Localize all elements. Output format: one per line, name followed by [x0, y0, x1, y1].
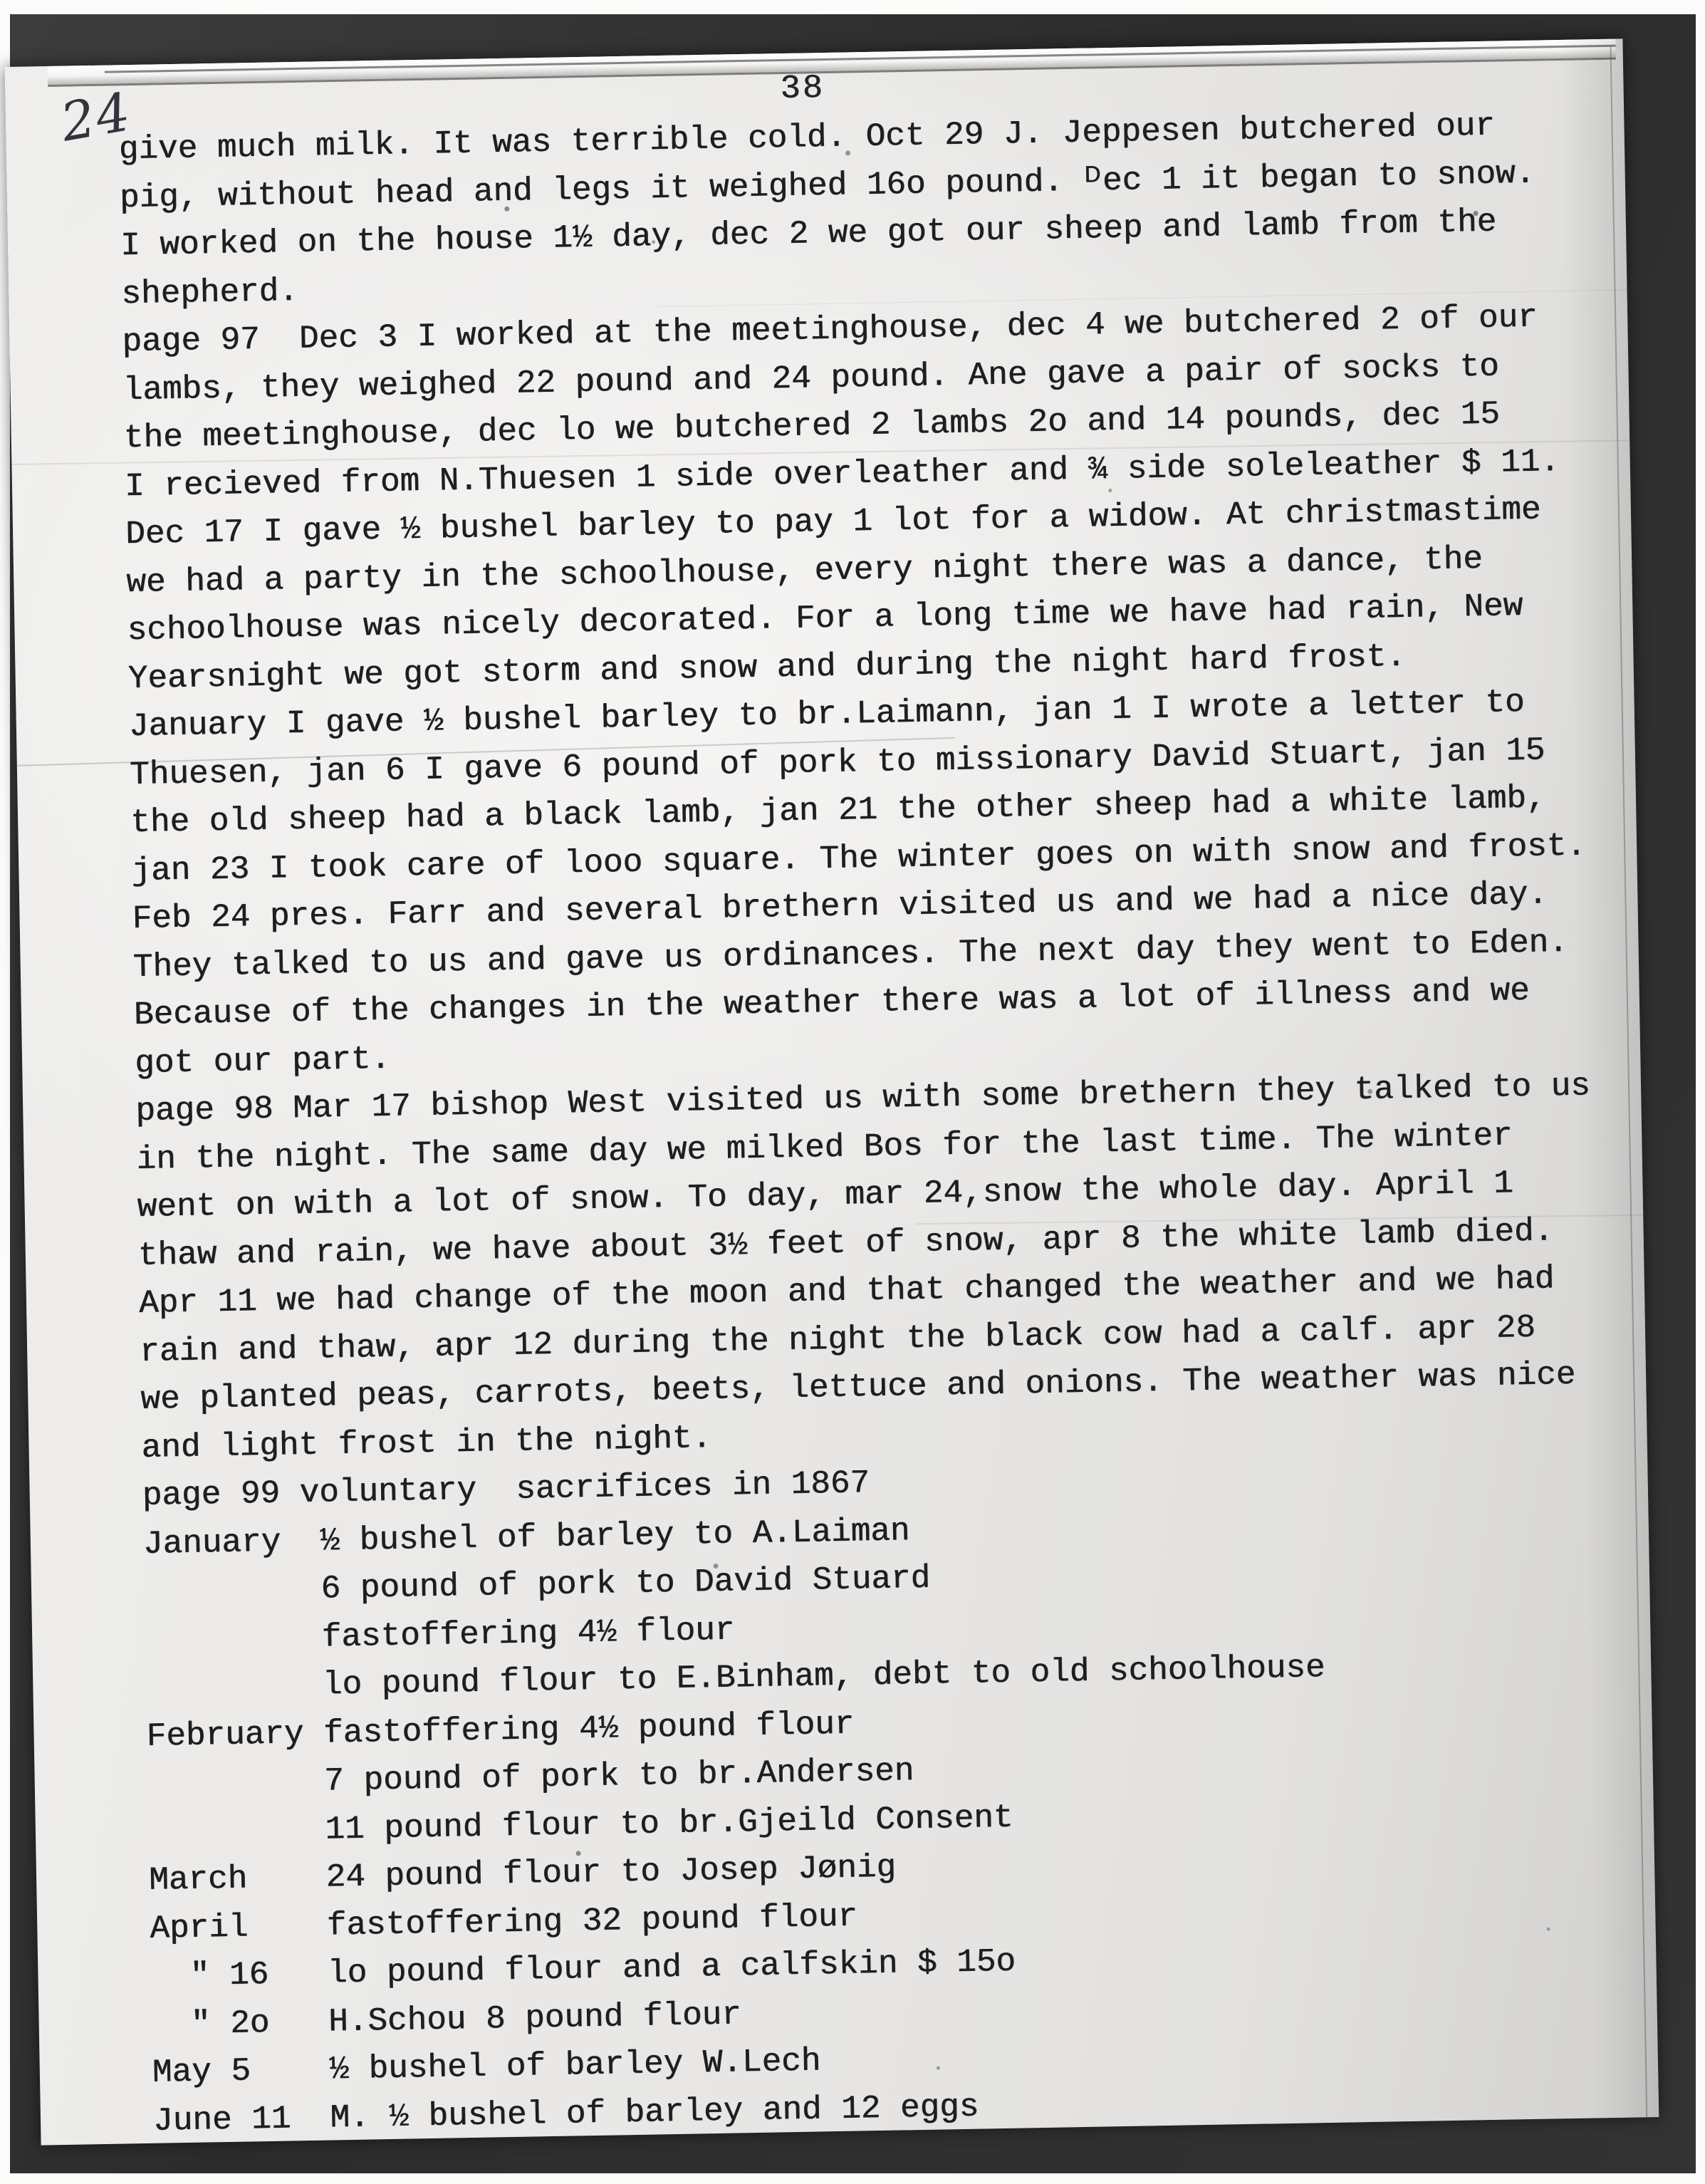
paper-sheet: 24 38 give much milk. It was terrible co…: [5, 38, 1659, 2145]
page-number: 38: [780, 70, 825, 108]
typewritten-text-body: give much milk. It was terrible cold. Oc…: [118, 100, 1642, 2146]
scanned-document-screenshot: { "scan": { "handwritten_number": "24", …: [0, 0, 1705, 2184]
scan-dust-specks: [5, 67, 7, 69]
